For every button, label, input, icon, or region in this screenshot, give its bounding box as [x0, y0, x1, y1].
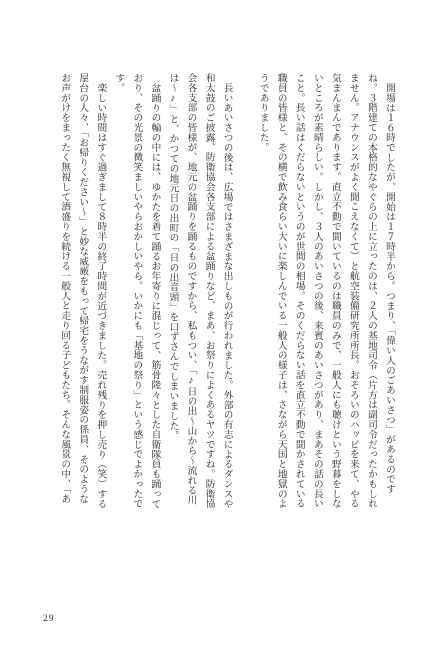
body-paragraph: 開場は１６時でしたが、開始は１７時半から。つまり、「偉い人のごあいさつ」があるの… — [254, 73, 398, 509]
page-number: 29 — [43, 614, 55, 624]
vertical-text-block: 開場は１６時でしたが、開始は１７時半から。つまり、「偉い人のごあいさつ」があるの… — [55, 73, 398, 509]
book-page: 開場は１６時でしたが、開始は１７時半から。つまり、「偉い人のごあいさつ」があるの… — [0, 0, 448, 650]
body-paragraph: 長いあいさつの後は、広場ではさまざまな出しものが行われました。外部の有志によるダ… — [163, 73, 235, 509]
body-paragraph: 楽しい時間はすぐ過ぎまして８時半の終了時間が近づきました。売れ残りを押し売り（笑… — [55, 73, 109, 509]
body-paragraph: 盆踊りの輪の中には、ゆかたを着て踊るお年寄りに混じって、筋骨隆々とした自衛隊員も… — [109, 73, 163, 509]
